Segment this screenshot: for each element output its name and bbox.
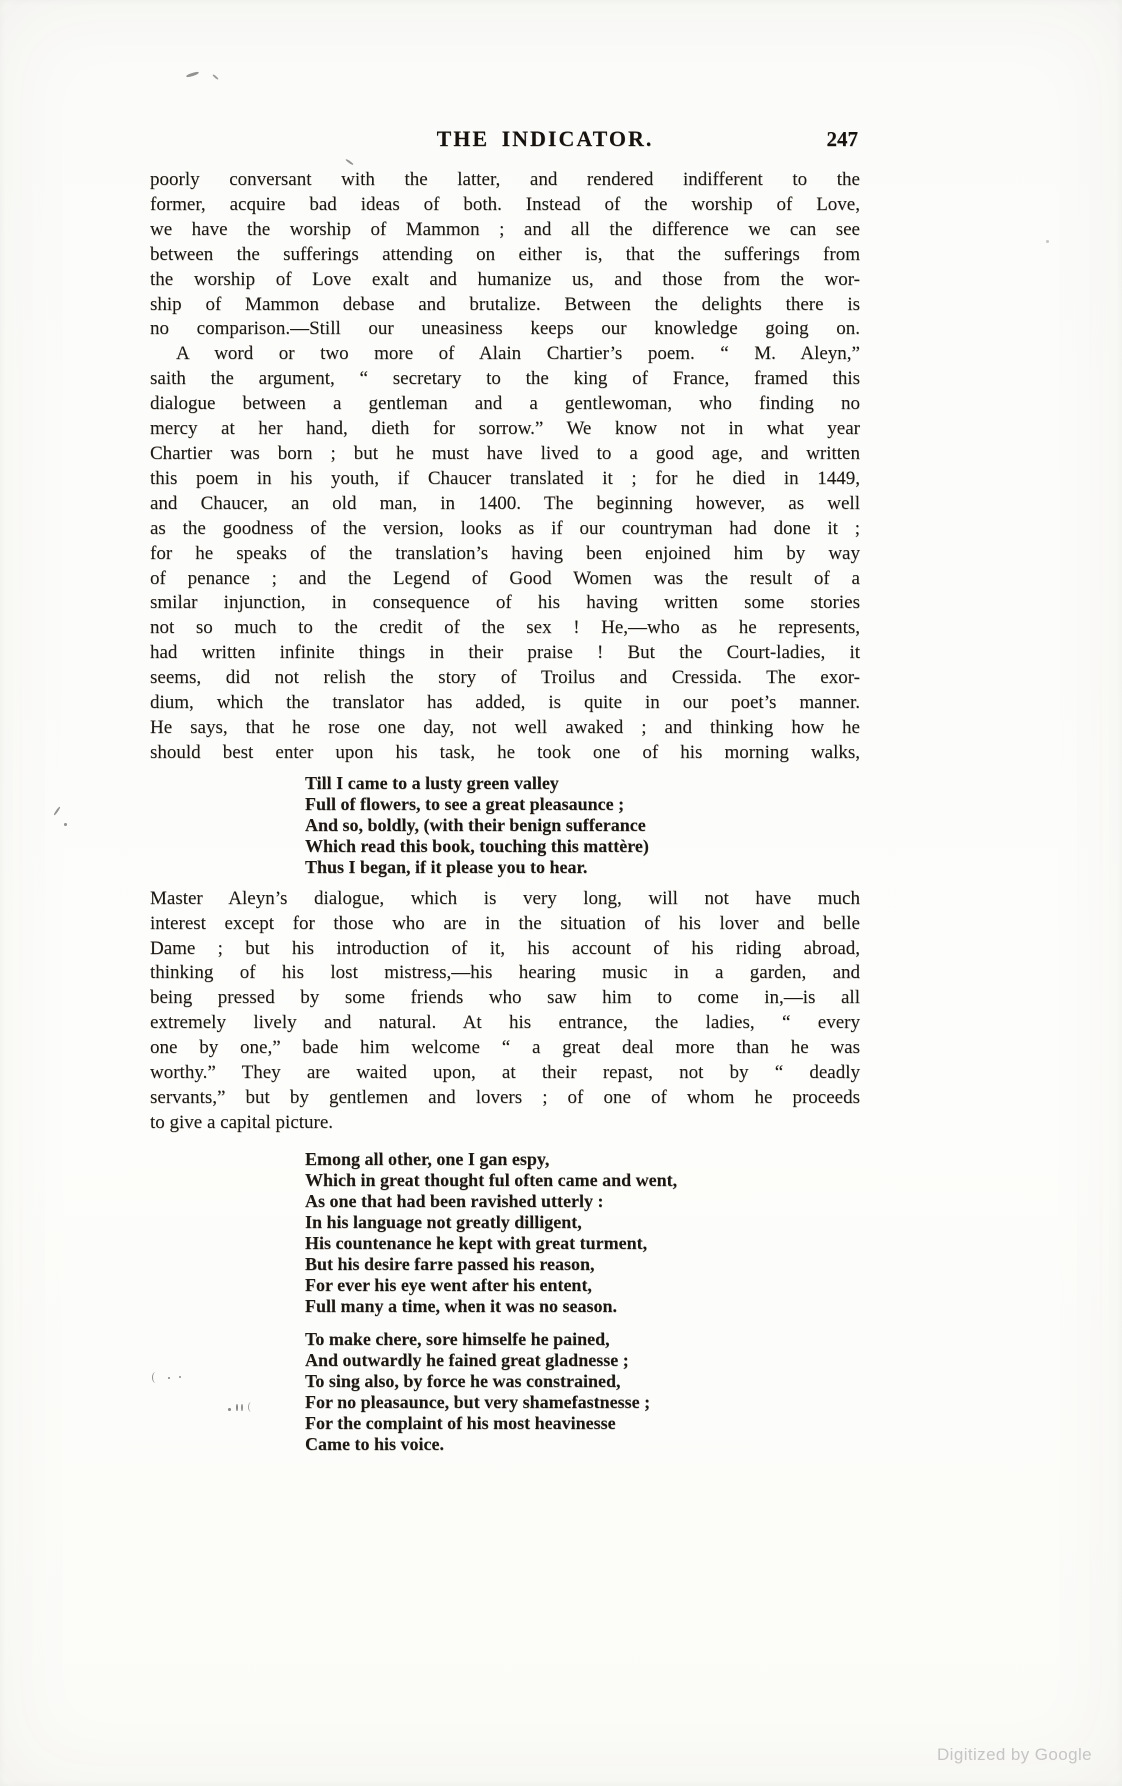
- text-line: as the goodness of the version, looks as…: [150, 517, 860, 542]
- text-line: should best enter upon his task, he took…: [150, 741, 860, 766]
- scanned-book-page: THE INDICATOR. 247 poorly conversant wit…: [0, 0, 1122, 1786]
- text-line: servants,” but by gentlemen and lovers ;…: [150, 1086, 860, 1111]
- verse-line: And so, boldly, (with their benign suffe…: [305, 815, 860, 836]
- scan-artifact: [179, 1376, 181, 1378]
- page-number: 247: [827, 127, 859, 152]
- paragraph: A word or two more of Alain Chartier’s p…: [150, 342, 860, 765]
- verse-line: Full of flowers, to see a great pleasaun…: [305, 794, 860, 815]
- scan-artifact: [64, 823, 67, 826]
- scan-artifact: [248, 1402, 254, 1412]
- text-line: not so much to the credit of the sex ! H…: [150, 616, 860, 641]
- verse-line: Emong all other, one I gan espy,: [305, 1149, 860, 1170]
- scan-artifact: [1046, 240, 1049, 243]
- scan-artifact: [186, 71, 199, 78]
- verse-line: In his language not greatly dilligent,: [305, 1212, 860, 1233]
- text-line: being pressed by some friends who saw hi…: [150, 986, 860, 1011]
- text-line: between the sufferings attending on eith…: [150, 243, 860, 268]
- verse-line: For the complaint of his most heavinesse: [305, 1413, 860, 1434]
- text-line: interest except for those who are in the…: [150, 912, 860, 937]
- verse-line: Which read this book, touching this matt…: [305, 836, 860, 857]
- text-line: of penance ; and the Legend of Good Wome…: [150, 567, 860, 592]
- text-line: for he speaks of the translation’s havin…: [150, 542, 860, 567]
- verse-block: Till I came to a lusty green valleyFull …: [305, 773, 860, 878]
- verse-line: Full many a time, when it was no season.: [305, 1296, 860, 1317]
- text-line: He says, that he rose one day, not well …: [150, 716, 860, 741]
- text-line: no comparison.—Still our uneasiness keep…: [150, 317, 860, 342]
- text-line: dium, which the translator has added, is…: [150, 691, 860, 716]
- scan-artifact: [212, 74, 219, 80]
- verse-line: Till I came to a lusty green valley: [305, 773, 860, 794]
- text-line: and Chaucer, an old man, in 1400. The be…: [150, 492, 860, 517]
- text-line: the worship of Love exalt and humanize u…: [150, 268, 860, 293]
- verse-line: Came to his voice.: [305, 1434, 860, 1455]
- text-line: A word or two more of Alain Chartier’s p…: [150, 342, 860, 367]
- verse-block: To make chere, sore himselfe he pained,A…: [305, 1329, 860, 1455]
- running-title: THE INDICATOR.: [150, 126, 860, 152]
- page-header: THE INDICATOR. 247: [150, 126, 860, 160]
- scan-artifact: [152, 1372, 159, 1383]
- text-line: saith the argument, “ secretary to the k…: [150, 367, 860, 392]
- scan-artifact: [53, 806, 60, 815]
- scan-artifact: [228, 1408, 231, 1411]
- text-line: ship of Mammon debase and brutalize. Bet…: [150, 293, 860, 318]
- verse-line: And outwardly he fained great gladnesse …: [305, 1350, 860, 1371]
- text-line: seems, did not relish the story of Troil…: [150, 666, 860, 691]
- text-line: former, acquire bad ideas of both. Inste…: [150, 193, 860, 218]
- scan-artifact: [168, 1377, 170, 1379]
- text-line: Dame ; but his introduction of it, his a…: [150, 937, 860, 962]
- text-line: poorly conversant with the latter, and r…: [150, 168, 860, 193]
- verse-line: To make chere, sore himselfe he pained,: [305, 1329, 860, 1350]
- verse-line: For ever his eye went after his entent,: [305, 1275, 860, 1296]
- paragraph: poorly conversant with the latter, and r…: [150, 168, 860, 342]
- text-line: this poem in his youth, if Chaucer trans…: [150, 467, 860, 492]
- text-line: smilar injunction, in consequence of his…: [150, 591, 860, 616]
- scan-artifact: [236, 1404, 238, 1411]
- text-line: thinking of his lost mistress,—his heari…: [150, 961, 860, 986]
- verse-line: To sing also, by force he was constraine…: [305, 1371, 860, 1392]
- verse-line: As one that had been ravished utterly :: [305, 1191, 860, 1212]
- digitized-watermark: Digitized by Google: [937, 1745, 1092, 1765]
- verse-line: Which in great thought ful often came an…: [305, 1170, 860, 1191]
- verse-line: His countenance he kept with great turme…: [305, 1233, 860, 1254]
- text-line: one by one,” bade him welcome “ a great …: [150, 1036, 860, 1061]
- text-line: to give a capital picture.: [150, 1111, 860, 1136]
- text-line: worthy.” They are waited upon, at their …: [150, 1061, 860, 1086]
- paragraph: Master Aleyn’s dialogue, which is very l…: [150, 887, 860, 1136]
- verse-line: Thus I began, if it please you to hear.: [305, 857, 860, 878]
- text-line: had written infinite things in their pra…: [150, 641, 860, 666]
- text-line: we have the worship of Mammon ; and all …: [150, 218, 860, 243]
- text-line: mercy at her hand, dieth for sorrow.” We…: [150, 417, 860, 442]
- scan-artifact: [241, 1404, 243, 1411]
- verse-line: For no pleasaunce, but very shamefastnes…: [305, 1392, 860, 1413]
- verse-block: Emong all other, one I gan espy,Which in…: [305, 1149, 860, 1317]
- text-line: dialogue between a gentleman and a gentl…: [150, 392, 860, 417]
- text-line: Chartier was born ; but he must have liv…: [150, 442, 860, 467]
- verse-line: But his desire farre passed his reason,: [305, 1254, 860, 1275]
- text-line: extremely lively and natural. At his ent…: [150, 1011, 860, 1036]
- text-line: Master Aleyn’s dialogue, which is very l…: [150, 887, 860, 912]
- page-content: poorly conversant with the latter, and r…: [150, 168, 860, 1455]
